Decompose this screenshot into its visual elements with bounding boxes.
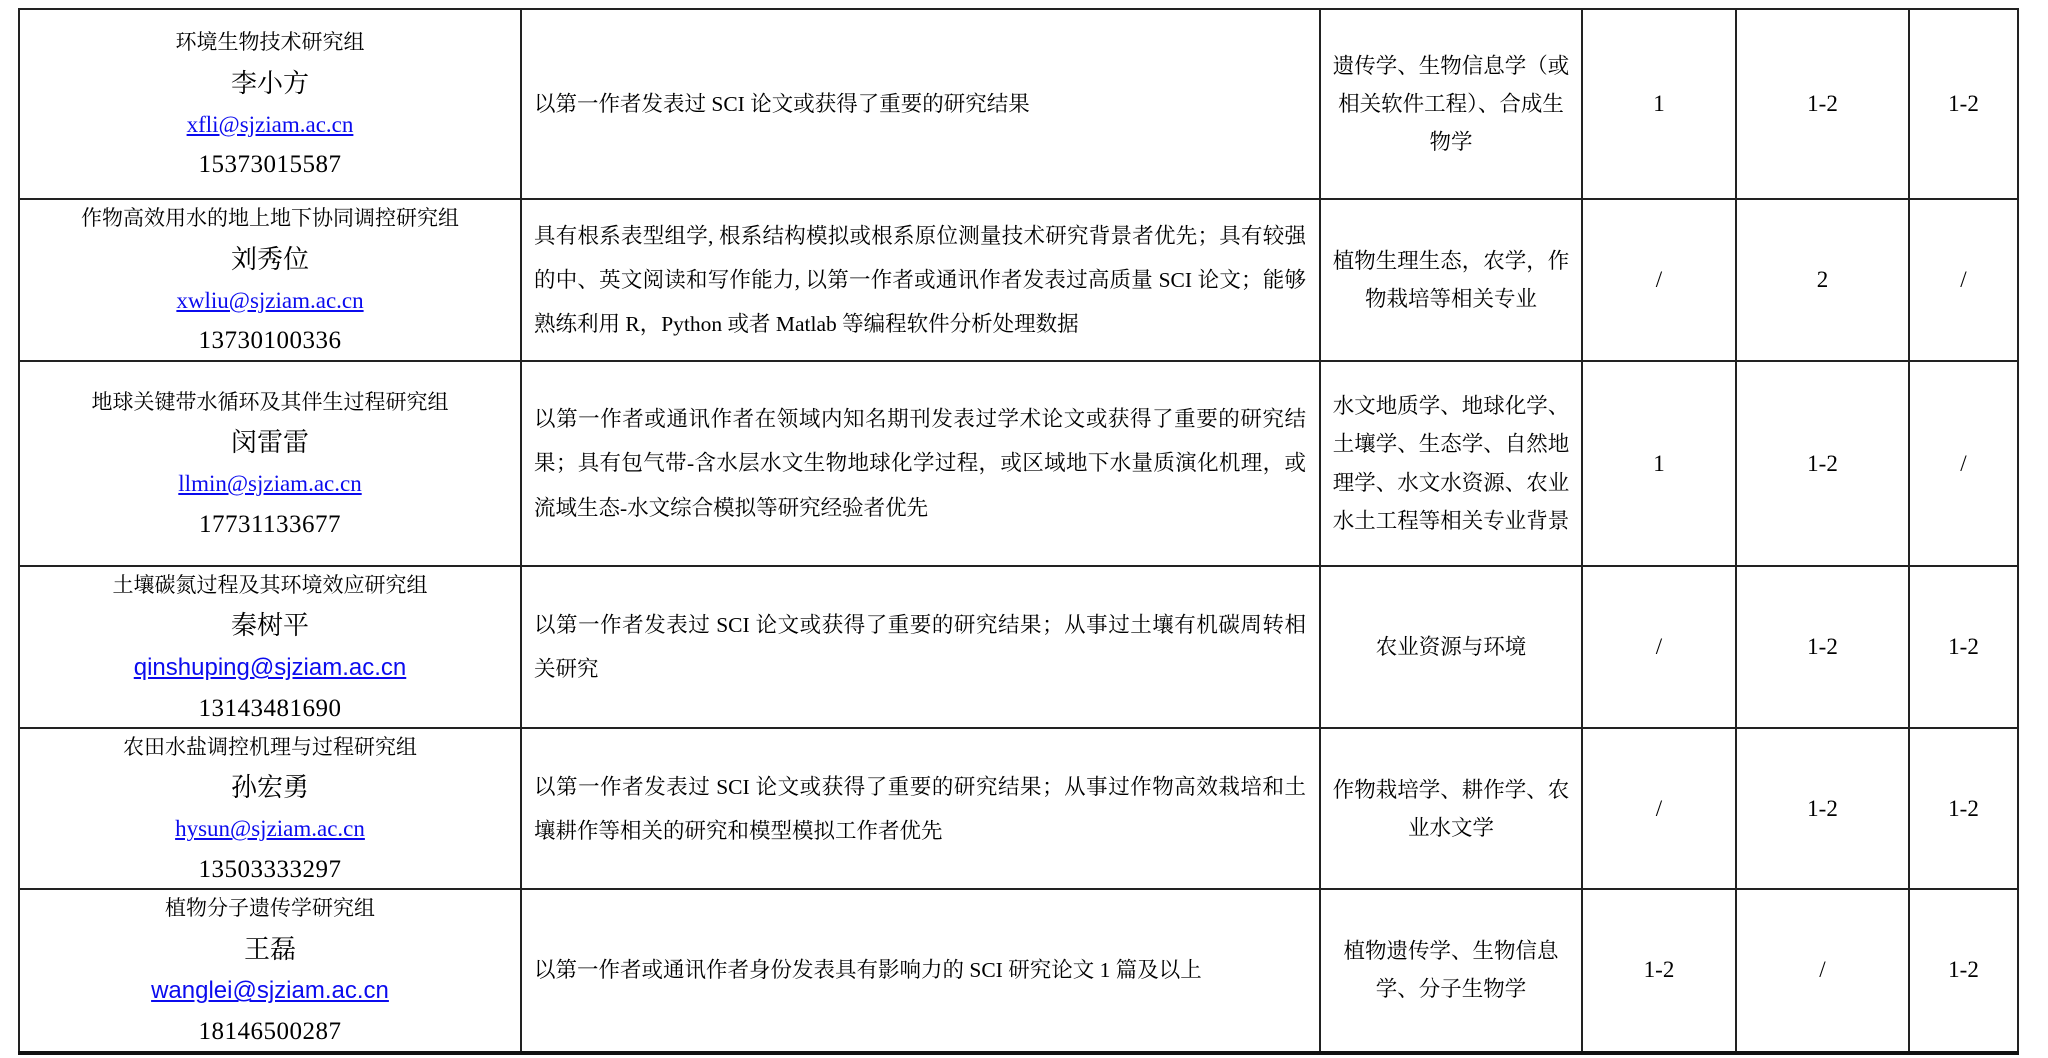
majors-text: 农业资源与环境 [1322,624,1580,670]
majors-cell: 植物遗传学、生物信息学、分子生物学 [1320,889,1582,1052]
phone-number: 13143481690 [199,695,342,723]
research-group-name: 植物分子遗传学研究组 [165,895,375,921]
majors-text: 遗传学、生物信息学（或相关软件工程）、合成生物学 [1322,43,1580,166]
research-group-name: 环境生物技术研究组 [176,29,365,55]
email-link[interactable]: wanglei@sjziam.ac.cn [151,977,389,1005]
email-link[interactable]: xwliu@sjziam.ac.cn [176,288,363,314]
group-contact-cell: 土壤碳氮过程及其环境效应研究组 秦树平 qinshuping@sjziam.ac… [19,566,521,728]
contact-name: 闵雷雷 [231,428,309,458]
quota-cell-3: 1-2 [1909,728,2018,889]
research-group-name: 地球关键带水循环及其伴生过程研究组 [92,389,449,415]
quota-cell-2: 2 [1736,199,1909,361]
quota-cell-1: 1-2 [1582,889,1736,1052]
email-link[interactable]: xfli@sjziam.ac.cn [187,112,354,138]
table-row: 地球关键带水循环及其伴生过程研究组 闵雷雷 llmin@sjziam.ac.cn… [19,361,2018,566]
table-row: 土壤碳氮过程及其环境效应研究组 秦树平 qinshuping@sjziam.ac… [19,566,2018,728]
majors-text: 作物栽培学、耕作学、农业水文学 [1322,767,1580,852]
requirements-text: 以第一作者发表过 SCI 论文或获得了重要的研究结果；从事过作物高效栽培和土壤耕… [523,759,1318,859]
table-row: 环境生物技术研究组 李小方 xfli@sjziam.ac.cn 15373015… [19,9,2018,199]
phone-number: 13503333297 [199,856,342,884]
group-contact-cell: 作物高效用水的地上地下协同调控研究组 刘秀位 xwliu@sjziam.ac.c… [19,199,521,361]
group-contact-cell: 农田水盐调控机理与过程研究组 孙宏勇 hysun@sjziam.ac.cn 13… [19,728,521,889]
email-link[interactable]: qinshuping@sjziam.ac.cn [134,654,407,682]
contact-name: 刘秀位 [231,245,309,275]
quota-cell-1: / [1582,566,1736,728]
quota-cell-3: 1-2 [1909,9,2018,199]
group-contact-cell: 环境生物技术研究组 李小方 xfli@sjziam.ac.cn 15373015… [19,9,521,199]
quota-cell-2: 1-2 [1736,566,1909,728]
quota-cell-1: 1 [1582,9,1736,199]
majors-cell: 水文地质学、地球化学、土壤学、生态学、自然地理学、水文水资源、农业水土工程等相关… [1320,361,1582,566]
contact-name: 秦树平 [231,611,309,641]
quota-cell-3: 1-2 [1909,566,2018,728]
table-row: 作物高效用水的地上地下协同调控研究组 刘秀位 xwliu@sjziam.ac.c… [19,199,2018,361]
email-link[interactable]: hysun@sjziam.ac.cn [175,816,365,842]
research-group-name: 土壤碳氮过程及其环境效应研究组 [113,572,428,598]
requirements-cell: 以第一作者或通讯作者身份发表具有影响力的 SCI 研究论文 1 篇及以上 [521,889,1320,1052]
majors-text: 植物生理生态，农学，作物栽培等相关专业 [1322,238,1580,323]
phone-number: 17731133677 [199,511,341,539]
quota-cell-1: / [1582,199,1736,361]
requirements-text: 以第一作者或通讯作者在领域内知名期刊发表过学术论文或获得了重要的研究结果；具有包… [523,391,1318,535]
phone-number: 18146500287 [199,1018,342,1046]
majors-cell: 遗传学、生物信息学（或相关软件工程）、合成生物学 [1320,9,1582,199]
requirements-cell: 以第一作者发表过 SCI 论文或获得了重要的研究结果；从事过作物高效栽培和土壤耕… [521,728,1320,889]
group-contact-cell: 植物分子遗传学研究组 王磊 wanglei@sjziam.ac.cn 18146… [19,889,521,1052]
majors-text: 植物遗传学、生物信息学、分子生物学 [1322,928,1580,1013]
majors-cell: 农业资源与环境 [1320,566,1582,728]
requirements-cell: 以第一作者发表过 SCI 论文或获得了重要的研究结果 [521,9,1320,199]
research-group-name: 作物高效用水的地上地下协同调控研究组 [81,205,459,231]
quota-cell-2: 1-2 [1736,728,1909,889]
quota-cell-2: 1-2 [1736,361,1909,566]
quota-cell-1: 1 [1582,361,1736,566]
table-row: 农田水盐调控机理与过程研究组 孙宏勇 hysun@sjziam.ac.cn 13… [19,728,2018,889]
quota-cell-2: / [1736,889,1909,1052]
requirements-text: 以第一作者或通讯作者身份发表具有影响力的 SCI 研究论文 1 篇及以上 [523,942,1318,998]
majors-cell: 作物栽培学、耕作学、农业水文学 [1320,728,1582,889]
requirements-text: 具有根系表型组学, 根系结构模拟或根系原位测量技术研究背景者优先；具有较强的中、… [523,208,1318,352]
requirements-cell: 以第一作者或通讯作者在领域内知名期刊发表过学术论文或获得了重要的研究结果；具有包… [521,361,1320,566]
contact-name: 王磊 [244,935,296,965]
requirements-text: 以第一作者发表过 SCI 论文或获得了重要的研究结果；从事过土壤有机碳周转相关研… [523,597,1318,697]
contact-name: 李小方 [231,69,309,99]
research-group-name: 农田水盐调控机理与过程研究组 [123,734,417,760]
majors-text: 水文地质学、地球化学、土壤学、生态学、自然地理学、水文水资源、农业水土工程等相关… [1322,383,1580,544]
document-page: 环境生物技术研究组 李小方 xfli@sjziam.ac.cn 15373015… [0,0,2048,1058]
requirements-cell: 具有根系表型组学, 根系结构模拟或根系原位测量技术研究背景者优先；具有较强的中、… [521,199,1320,361]
table-row: 植物分子遗传学研究组 王磊 wanglei@sjziam.ac.cn 18146… [19,889,2018,1052]
requirements-text: 以第一作者发表过 SCI 论文或获得了重要的研究结果 [523,76,1318,132]
phone-number: 15373015587 [199,151,342,179]
recruitment-table: 环境生物技术研究组 李小方 xfli@sjziam.ac.cn 15373015… [18,8,2019,1055]
quota-cell-1: / [1582,728,1736,889]
requirements-cell: 以第一作者发表过 SCI 论文或获得了重要的研究结果；从事过土壤有机碳周转相关研… [521,566,1320,728]
quota-cell-2: 1-2 [1736,9,1909,199]
phone-number: 13730100336 [199,327,342,355]
quota-cell-3: 1-2 [1909,889,2018,1052]
quota-cell-3: / [1909,361,2018,566]
email-link[interactable]: llmin@sjziam.ac.cn [178,471,361,497]
contact-name: 孙宏勇 [231,773,309,803]
quota-cell-3: / [1909,199,2018,361]
group-contact-cell: 地球关键带水循环及其伴生过程研究组 闵雷雷 llmin@sjziam.ac.cn… [19,361,521,566]
majors-cell: 植物生理生态，农学，作物栽培等相关专业 [1320,199,1582,361]
